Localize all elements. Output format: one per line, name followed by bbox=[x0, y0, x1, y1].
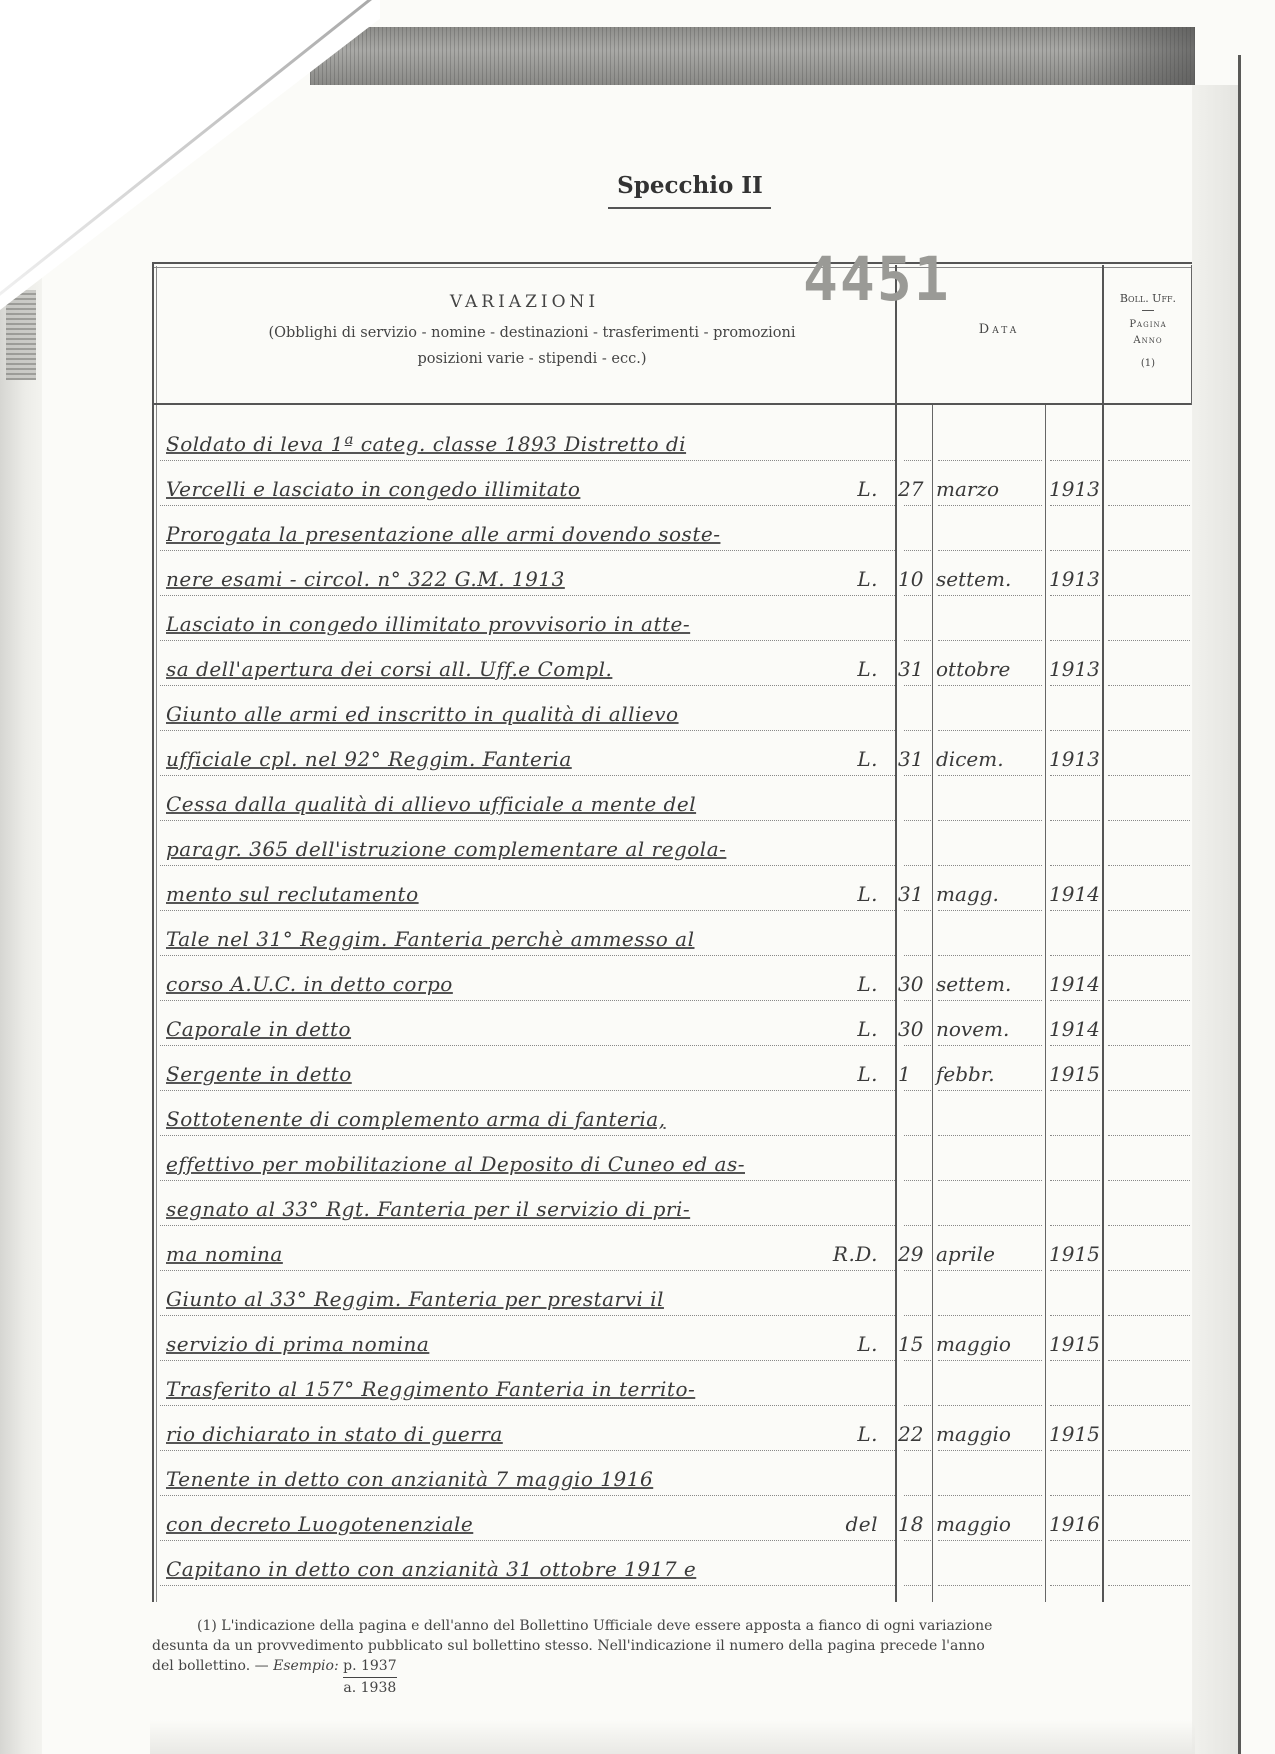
table-row: Lasciato in congedo illimitato provvisor… bbox=[166, 596, 884, 640]
header-data: Data bbox=[896, 322, 1102, 337]
table-header-divider bbox=[152, 403, 1192, 405]
date-year: 1914 bbox=[1049, 972, 1100, 996]
row-rule bbox=[1108, 595, 1190, 596]
authority-abbrev: L. bbox=[857, 747, 878, 771]
authority-abbrev: L. bbox=[857, 972, 878, 996]
date-day: 18 bbox=[898, 1512, 923, 1536]
variazione-text: Sergente in detto bbox=[166, 1062, 352, 1086]
row-rule bbox=[1108, 955, 1190, 956]
date-year-cell: 1913 bbox=[1047, 641, 1103, 685]
date-month-cell bbox=[934, 1271, 1044, 1315]
date-day-cell bbox=[896, 1181, 932, 1225]
variazione-text: mento sul reclutamento bbox=[166, 882, 419, 906]
row-rule bbox=[1108, 1045, 1190, 1046]
date-year: 1916 bbox=[1049, 1512, 1100, 1536]
date-day-cell: 29 bbox=[896, 1226, 932, 1270]
date-year-cell bbox=[1047, 1451, 1103, 1495]
header-variazioni: VARIAZIONI bbox=[152, 292, 897, 312]
variazione-text: nere esami - circol. n° 322 G.M. 1913 bbox=[166, 567, 565, 591]
row-rule bbox=[1108, 1315, 1190, 1316]
example-year: a. 1938 bbox=[343, 1678, 397, 1698]
date-day-cell bbox=[896, 1541, 932, 1585]
row-rule bbox=[1108, 1360, 1190, 1361]
date-year-cell bbox=[1047, 506, 1103, 550]
date-day: 31 bbox=[898, 747, 923, 771]
table-row: Sottotenente di complemento arma di fant… bbox=[166, 1091, 884, 1135]
date-month-cell: marzo bbox=[934, 461, 1044, 505]
date-day-cell bbox=[896, 911, 932, 955]
table-row: Trasferito al 157° Reggimento Fanteria i… bbox=[166, 1361, 884, 1405]
row-rule bbox=[1108, 1135, 1190, 1136]
row-rule bbox=[1108, 910, 1190, 911]
date-day: 1 bbox=[898, 1062, 911, 1086]
row-rule bbox=[1108, 1225, 1190, 1226]
row-rule bbox=[938, 1585, 1042, 1586]
date-month: maggio bbox=[936, 1332, 1011, 1356]
table-row: Prorogata la presentazione alle armi dov… bbox=[166, 506, 884, 550]
table-row: Capitano in detto con anzianità 31 ottob… bbox=[166, 1541, 884, 1585]
date-day: 15 bbox=[898, 1332, 923, 1356]
date-day: 31 bbox=[898, 882, 923, 906]
table-row: ma nominaR.D. bbox=[166, 1226, 884, 1270]
row-rule bbox=[160, 1585, 895, 1586]
date-month-cell: maggio bbox=[934, 1406, 1044, 1450]
date-year-cell: 1914 bbox=[1047, 866, 1103, 910]
row-rule bbox=[1108, 505, 1190, 506]
row-rule bbox=[1108, 1180, 1190, 1181]
table-row: Tale nel 31° Reggim. Fanteria perchè amm… bbox=[166, 911, 884, 955]
footnote-line-1: (1) L'indicazione della pagina e dell'an… bbox=[152, 1616, 1197, 1636]
row-rule bbox=[1108, 865, 1190, 866]
date-year-cell bbox=[1047, 1091, 1103, 1135]
date-day-cell: 31 bbox=[896, 731, 932, 775]
date-month: maggio bbox=[936, 1422, 1011, 1446]
date-month: novem. bbox=[936, 1017, 1009, 1041]
date-year-cell: 1914 bbox=[1047, 1001, 1103, 1045]
date-year-cell bbox=[1047, 1541, 1103, 1585]
variazione-text: con decreto Luogotenenziale bbox=[166, 1512, 473, 1536]
row-rule bbox=[1108, 685, 1190, 686]
variazione-text: Soldato di leva 1ª categ. classe 1893 Di… bbox=[166, 432, 686, 456]
date-day: 27 bbox=[898, 477, 923, 501]
date-day-cell bbox=[896, 1361, 932, 1405]
variazione-text: ma nomina bbox=[166, 1242, 283, 1266]
top-band-shadow bbox=[1075, 27, 1195, 85]
footnote-esempio-label: Esempio bbox=[273, 1658, 334, 1674]
date-year-cell: 1915 bbox=[1047, 1226, 1103, 1270]
header-dash bbox=[1142, 310, 1154, 311]
date-year: 1913 bbox=[1049, 477, 1100, 501]
variazione-text: sa dell'apertura dei corsi all. Uff.e Co… bbox=[166, 657, 612, 681]
table-row: servizio di prima nominaL. bbox=[166, 1316, 884, 1360]
row-rule bbox=[1108, 1540, 1190, 1541]
table-left-inner-border bbox=[156, 266, 157, 1602]
row-rule bbox=[1108, 730, 1190, 731]
date-month: maggio bbox=[936, 1512, 1011, 1536]
title-underline bbox=[608, 207, 771, 209]
date-month-cell bbox=[934, 1541, 1044, 1585]
variazione-text: corso A.U.C. in detto corpo bbox=[166, 972, 453, 996]
date-year-cell bbox=[1047, 686, 1103, 730]
table-top-border bbox=[152, 262, 1192, 268]
authority-abbrev: del bbox=[845, 1512, 878, 1536]
row-rule bbox=[1108, 820, 1190, 821]
date-day-cell bbox=[896, 1136, 932, 1180]
column-divider-day-month bbox=[932, 405, 933, 1602]
authority-abbrev: L. bbox=[857, 1332, 878, 1356]
header-boll-uff-label: Boll. Uff. bbox=[1120, 292, 1176, 305]
authority-abbrev: L. bbox=[857, 882, 878, 906]
date-year-cell: 1914 bbox=[1047, 956, 1103, 1000]
row-rule bbox=[1108, 640, 1190, 641]
date-day-cell: 1 bbox=[896, 1046, 932, 1090]
variazione-text: Caporale in detto bbox=[166, 1017, 351, 1041]
date-month: dicem. bbox=[936, 747, 1004, 771]
row-rule bbox=[1108, 1405, 1190, 1406]
date-day-cell: 22 bbox=[896, 1406, 932, 1450]
row-rule bbox=[1108, 1585, 1190, 1586]
date-month-cell: dicem. bbox=[934, 731, 1044, 775]
date-year: 1915 bbox=[1049, 1062, 1100, 1086]
variazione-text: Cessa dalla qualità di allievo ufficiale… bbox=[166, 792, 696, 816]
date-month-cell bbox=[934, 416, 1044, 460]
date-day: 10 bbox=[898, 567, 923, 591]
table-row: con decreto Luogotenenzialedel bbox=[166, 1496, 884, 1540]
date-month-cell bbox=[934, 596, 1044, 640]
authority-abbrev: L. bbox=[857, 1422, 878, 1446]
date-month-cell bbox=[934, 686, 1044, 730]
variazione-text: effettivo per mobilitazione al Deposito … bbox=[166, 1152, 745, 1176]
date-day-cell: 31 bbox=[896, 866, 932, 910]
date-month-cell: maggio bbox=[934, 1316, 1044, 1360]
header-variazioni-subtitle: (Obblighi di servizio - nomine - destina… bbox=[172, 320, 892, 372]
scan-bottom-shade bbox=[150, 1720, 1195, 1754]
table-row: sa dell'apertura dei corsi all. Uff.e Co… bbox=[166, 641, 884, 685]
variazione-text: servizio di prima nomina bbox=[166, 1332, 429, 1356]
date-year-cell bbox=[1047, 821, 1103, 865]
variazione-text: Vercelli e lasciato in congedo illimitat… bbox=[166, 477, 580, 501]
variazione-text: Prorogata la presentazione alle armi dov… bbox=[166, 522, 720, 546]
footnote: (1) L'indicazione della pagina e dell'an… bbox=[152, 1616, 1197, 1698]
date-day-cell bbox=[896, 596, 932, 640]
table-row: effettivo per mobilitazione al Deposito … bbox=[166, 1136, 884, 1180]
scan-right-edge-line bbox=[1238, 55, 1241, 1754]
date-month-cell: ottobre bbox=[934, 641, 1044, 685]
date-month-cell: novem. bbox=[934, 1001, 1044, 1045]
date-year-cell bbox=[1047, 1271, 1103, 1315]
row-rule bbox=[1050, 1585, 1100, 1586]
date-month: settem. bbox=[936, 567, 1011, 591]
variazione-text: Tenente in detto con anzianità 7 maggio … bbox=[166, 1467, 653, 1491]
row-rule bbox=[1108, 775, 1190, 776]
variazione-text: Giunto alle armi ed inscritto in qualità… bbox=[166, 702, 679, 726]
date-month-cell bbox=[934, 506, 1044, 550]
variazione-text: Sottotenente di complemento arma di fant… bbox=[166, 1107, 666, 1131]
variazione-text: segnato al 33° Rgt. Fanteria per il serv… bbox=[166, 1197, 690, 1221]
column-divider-month-year bbox=[1045, 405, 1046, 1602]
example-page: p. 1937 bbox=[343, 1656, 397, 1678]
date-month-cell: settem. bbox=[934, 956, 1044, 1000]
archive-stamp-number: 4451 bbox=[803, 249, 951, 310]
date-year: 1913 bbox=[1049, 747, 1100, 771]
date-month: marzo bbox=[936, 477, 999, 501]
date-year-cell: 1915 bbox=[1047, 1406, 1103, 1450]
table-row: corso A.U.C. in detto corpoL. bbox=[166, 956, 884, 1000]
authority-abbrev: L. bbox=[857, 1017, 878, 1041]
header-footnote-ref: (1) bbox=[1104, 355, 1192, 372]
date-month: aprile bbox=[936, 1242, 995, 1266]
date-year-cell: 1916 bbox=[1047, 1496, 1103, 1540]
date-month-cell bbox=[934, 911, 1044, 955]
date-month-cell bbox=[934, 1181, 1044, 1225]
date-year-cell bbox=[1047, 416, 1103, 460]
header-subtitle-line-1: (Obblighi di servizio - nomine - destina… bbox=[172, 320, 892, 346]
table-row: Cessa dalla qualità di allievo ufficiale… bbox=[166, 776, 884, 820]
header-boll-uff: Boll. Uff. Pagina Anno (1) bbox=[1104, 290, 1192, 372]
row-rule bbox=[1108, 1495, 1190, 1496]
date-year-cell bbox=[1047, 596, 1103, 640]
table-row: Caporale in dettoL. bbox=[166, 1001, 884, 1045]
date-day-cell bbox=[896, 1091, 932, 1135]
date-month: settem. bbox=[936, 972, 1011, 996]
date-day-cell: 30 bbox=[896, 956, 932, 1000]
date-day-cell: 30 bbox=[896, 1001, 932, 1045]
table-row: paragr. 365 dell'istruzione complementar… bbox=[166, 821, 884, 865]
date-year-cell: 1915 bbox=[1047, 1046, 1103, 1090]
date-month-cell bbox=[934, 1451, 1044, 1495]
date-day-cell: 27 bbox=[896, 461, 932, 505]
date-month-cell: settem. bbox=[934, 551, 1044, 595]
variazione-text: paragr. 365 dell'istruzione complementar… bbox=[166, 837, 726, 861]
table-row: Soldato di leva 1ª categ. classe 1893 Di… bbox=[166, 416, 884, 460]
authority-abbrev: L. bbox=[857, 567, 878, 591]
date-month-cell: maggio bbox=[934, 1496, 1044, 1540]
date-month-cell: aprile bbox=[934, 1226, 1044, 1270]
scan-edge-pattern bbox=[6, 290, 36, 380]
date-year-cell bbox=[1047, 776, 1103, 820]
date-year-cell: 1913 bbox=[1047, 551, 1103, 595]
variazione-text: Trasferito al 157° Reggimento Fanteria i… bbox=[166, 1377, 695, 1401]
date-day: 30 bbox=[898, 1017, 923, 1041]
date-day: 30 bbox=[898, 972, 923, 996]
date-day-cell bbox=[896, 686, 932, 730]
authority-abbrev: L. bbox=[857, 1062, 878, 1086]
table-row: Tenente in detto con anzianità 7 maggio … bbox=[166, 1451, 884, 1495]
header-anno: Anno bbox=[1104, 333, 1192, 349]
date-year: 1913 bbox=[1049, 567, 1100, 591]
footnote-colon: : bbox=[334, 1658, 343, 1674]
date-day-cell bbox=[896, 416, 932, 460]
footnote-line-2: desunta da un provvedimento pubblicato s… bbox=[152, 1636, 1197, 1656]
date-day: 22 bbox=[898, 1422, 923, 1446]
table-row: mento sul reclutamentoL. bbox=[166, 866, 884, 910]
variazione-text: Giunto al 33° Reggim. Fanteria per prest… bbox=[166, 1287, 664, 1311]
scan-right-margin bbox=[1192, 85, 1240, 1754]
row-rule bbox=[1108, 1270, 1190, 1271]
table-row: segnato al 33° Rgt. Fanteria per il serv… bbox=[166, 1181, 884, 1225]
row-rule bbox=[1108, 1000, 1190, 1001]
footnote-line-3-prefix: del bollettino. — bbox=[152, 1658, 273, 1674]
row-rule bbox=[1108, 460, 1190, 461]
date-day: 29 bbox=[898, 1242, 923, 1266]
date-day-cell: 31 bbox=[896, 641, 932, 685]
date-day-cell bbox=[896, 821, 932, 865]
page-title: Specchio II bbox=[600, 172, 780, 199]
date-year-cell: 1913 bbox=[1047, 461, 1103, 505]
date-year: 1913 bbox=[1049, 657, 1100, 681]
footnote-line-3: del bollettino. — Esempio: p. 1937 a. 19… bbox=[152, 1656, 1197, 1698]
date-month-cell bbox=[934, 1361, 1044, 1405]
date-year: 1915 bbox=[1049, 1332, 1100, 1356]
authority-abbrev: L. bbox=[857, 657, 878, 681]
date-day-cell: 10 bbox=[896, 551, 932, 595]
date-month-cell bbox=[934, 1136, 1044, 1180]
variazione-text: Lasciato in congedo illimitato provvisor… bbox=[166, 612, 690, 636]
table-row: nere esami - circol. n° 322 G.M. 1913L. bbox=[166, 551, 884, 595]
variazioni-table: VARIAZIONI (Obblighi di servizio - nomin… bbox=[152, 262, 1192, 1602]
date-month-cell bbox=[934, 1091, 1044, 1135]
variazione-text: Capitano in detto con anzianità 31 ottob… bbox=[166, 1557, 696, 1581]
variazione-text: ufficiale cpl. nel 92° Reggim. Fanteria bbox=[166, 747, 572, 771]
header-pagina: Pagina bbox=[1104, 317, 1192, 333]
date-year: 1914 bbox=[1049, 1017, 1100, 1041]
authority-abbrev: R.D. bbox=[833, 1242, 878, 1266]
date-month-cell bbox=[934, 821, 1044, 865]
date-month: magg. bbox=[936, 882, 999, 906]
table-row: ufficiale cpl. nel 92° Reggim. FanteriaL… bbox=[166, 731, 884, 775]
date-year-cell bbox=[1047, 1181, 1103, 1225]
date-month-cell bbox=[934, 776, 1044, 820]
date-month-cell: febbr. bbox=[934, 1046, 1044, 1090]
variazione-text: Tale nel 31° Reggim. Fanteria perchè amm… bbox=[166, 927, 695, 951]
date-day-cell: 15 bbox=[896, 1316, 932, 1360]
row-rule bbox=[1108, 1450, 1190, 1451]
table-row: Vercelli e lasciato in congedo illimitat… bbox=[166, 461, 884, 505]
variazione-text: rio dichiarato in stato di guerra bbox=[166, 1422, 503, 1446]
date-day-cell bbox=[896, 506, 932, 550]
table-row: Giunto al 33° Reggim. Fanteria per prest… bbox=[166, 1271, 884, 1315]
date-year: 1915 bbox=[1049, 1422, 1100, 1446]
date-day: 31 bbox=[898, 657, 923, 681]
date-year: 1915 bbox=[1049, 1242, 1100, 1266]
date-day-cell bbox=[896, 1451, 932, 1495]
header-subtitle-line-2: posizioni varie - stipendi - ecc.) bbox=[172, 346, 892, 372]
row-rule bbox=[904, 1585, 931, 1586]
date-day-cell bbox=[896, 1271, 932, 1315]
date-year-cell bbox=[1047, 1361, 1103, 1405]
date-month-cell: magg. bbox=[934, 866, 1044, 910]
date-year-cell bbox=[1047, 911, 1103, 955]
date-day-cell bbox=[896, 776, 932, 820]
date-month: febbr. bbox=[936, 1062, 995, 1086]
date-year-cell: 1913 bbox=[1047, 731, 1103, 775]
date-year-cell bbox=[1047, 1136, 1103, 1180]
date-year-cell: 1915 bbox=[1047, 1316, 1103, 1360]
table-row: Sergente in dettoL. bbox=[166, 1046, 884, 1090]
row-rule bbox=[1108, 550, 1190, 551]
authority-abbrev: L. bbox=[857, 477, 878, 501]
scan-top-dark-band bbox=[310, 27, 1195, 85]
date-day-cell: 18 bbox=[896, 1496, 932, 1540]
table-row: Giunto alle armi ed inscritto in qualità… bbox=[166, 686, 884, 730]
date-year: 1914 bbox=[1049, 882, 1100, 906]
table-row: rio dichiarato in stato di guerraL. bbox=[166, 1406, 884, 1450]
row-rule bbox=[1108, 1090, 1190, 1091]
date-month: ottobre bbox=[936, 657, 1010, 681]
footnote-example-fraction: p. 1937 a. 1938 bbox=[343, 1656, 397, 1698]
